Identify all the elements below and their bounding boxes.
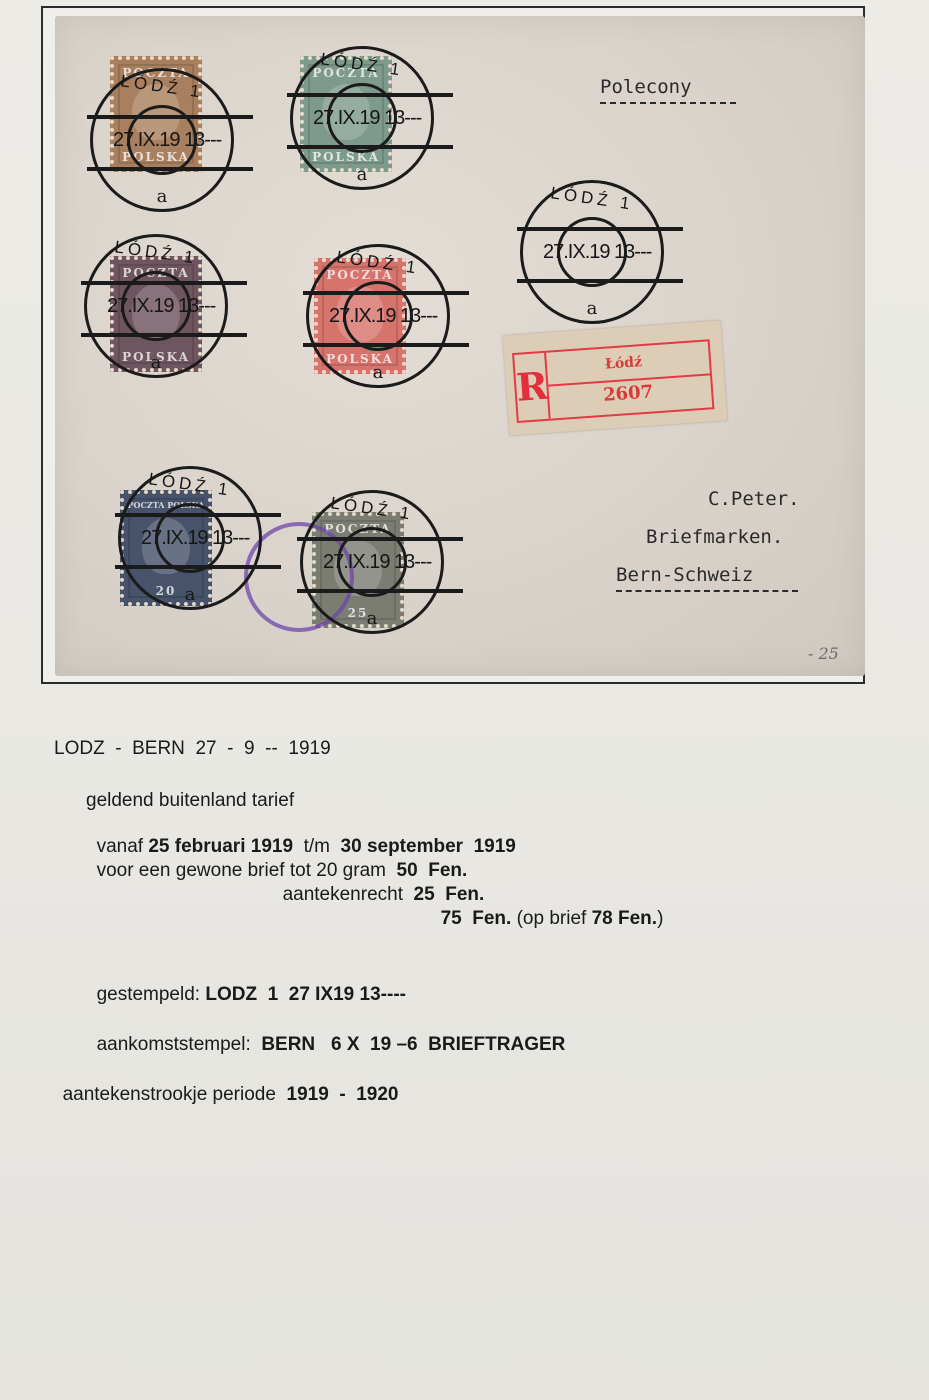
registration-number: 2607 bbox=[602, 381, 653, 405]
registration-label: R Łódź 2607 bbox=[503, 321, 727, 436]
address-line-3: Bern-Schweiz bbox=[616, 564, 753, 586]
registration-letter: R bbox=[512, 351, 551, 423]
total-rate: 75 Fen. (op brief 78 Fen.) bbox=[430, 886, 663, 930]
underline bbox=[616, 590, 798, 594]
postmark: ŁÓDŹ 1 27.IX.19 13--- a bbox=[300, 490, 444, 634]
tariff-intro: geldend buitenland tarief bbox=[86, 790, 294, 812]
postmark: ŁÓDŹ 1 27.IX.19 13--- a bbox=[520, 180, 664, 324]
postmark: ŁÓDŹ 1 27.IX.19 13--- a bbox=[306, 244, 450, 388]
cancellation: gestempeld: LODZ 1 27 IX19 13---- bbox=[86, 962, 406, 1006]
address-line-2: Briefmarken. bbox=[646, 526, 783, 548]
arrival-postmark: aankomststempel: BERN 6 X 19 –6 BRIEFTRA… bbox=[86, 1012, 565, 1056]
address-line-1: C.Peter. bbox=[708, 488, 800, 510]
postmark: ŁÓDŹ 1 27.IX.19 13--- a bbox=[118, 466, 262, 610]
underline bbox=[600, 102, 736, 106]
postmark: ŁÓDŹ 1 27.IX.19 13--- a bbox=[290, 46, 434, 190]
page-title: LODZ - BERN 27 - 9 -- 1919 bbox=[54, 738, 331, 760]
pencil-note: - 25 bbox=[808, 644, 839, 663]
service-marking: Polecony bbox=[600, 76, 692, 98]
registration-office: Łódź bbox=[604, 354, 642, 373]
postmark: ŁÓDŹ 1 27.IX.19 13--- a bbox=[90, 68, 234, 212]
postmark: ŁÓDŹ 1 27.IX.19 13--- a bbox=[84, 234, 228, 378]
label-period: aantekenstrookje periode 1919 - 1920 bbox=[52, 1062, 398, 1106]
